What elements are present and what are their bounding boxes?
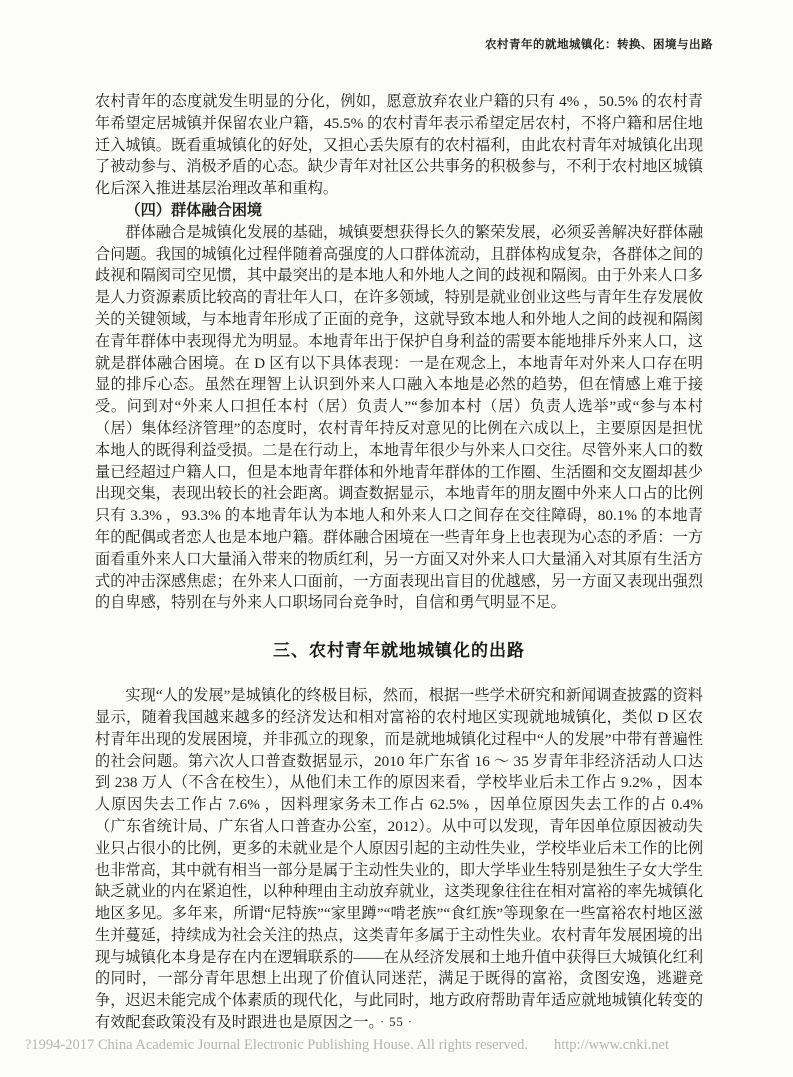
footer-copyright-text: ?1994-2017 China Academic Journal Electr… xyxy=(25,1037,528,1053)
paragraph-outlook: 实现“人的发展”是城镇化的终极目标，然而，根据一些学术研究和新闻调查披露的资料显… xyxy=(95,685,703,1034)
paragraph-continuation: 农村青年的态度就发生明显的分化，例如，愿意放弃农业户籍的只有 4% ，50.5%… xyxy=(95,91,703,200)
footer-url: http://www.cnki.net xyxy=(554,1037,669,1053)
journal-page: 农村青年的就地城镇化：转换、困境与出路 农村青年的态度就发生明显的分化，例如，愿… xyxy=(0,0,793,1077)
section-heading-outlook: 三、农村青年就地城镇化的出路 xyxy=(95,640,703,662)
paragraph-group-integration: 群体融合是城镇化发展的基础，城镇要想获得长久的繁荣发展，必须妥善解决好群体融合问… xyxy=(95,222,703,614)
footer-copyright-line: ?1994-2017 China Academic Journal Electr… xyxy=(25,1037,669,1054)
text-column: 农村青年的态度就发生明显的分化，例如，愿意放弃农业户籍的只有 4% ，50.5%… xyxy=(95,91,703,1034)
page-number: · 55 · xyxy=(0,1015,793,1030)
subsection-heading-group-integration: （四）群体融合困境 xyxy=(95,200,703,222)
running-title: 农村青年的就地城镇化：转换、困境与出路 xyxy=(485,36,713,52)
